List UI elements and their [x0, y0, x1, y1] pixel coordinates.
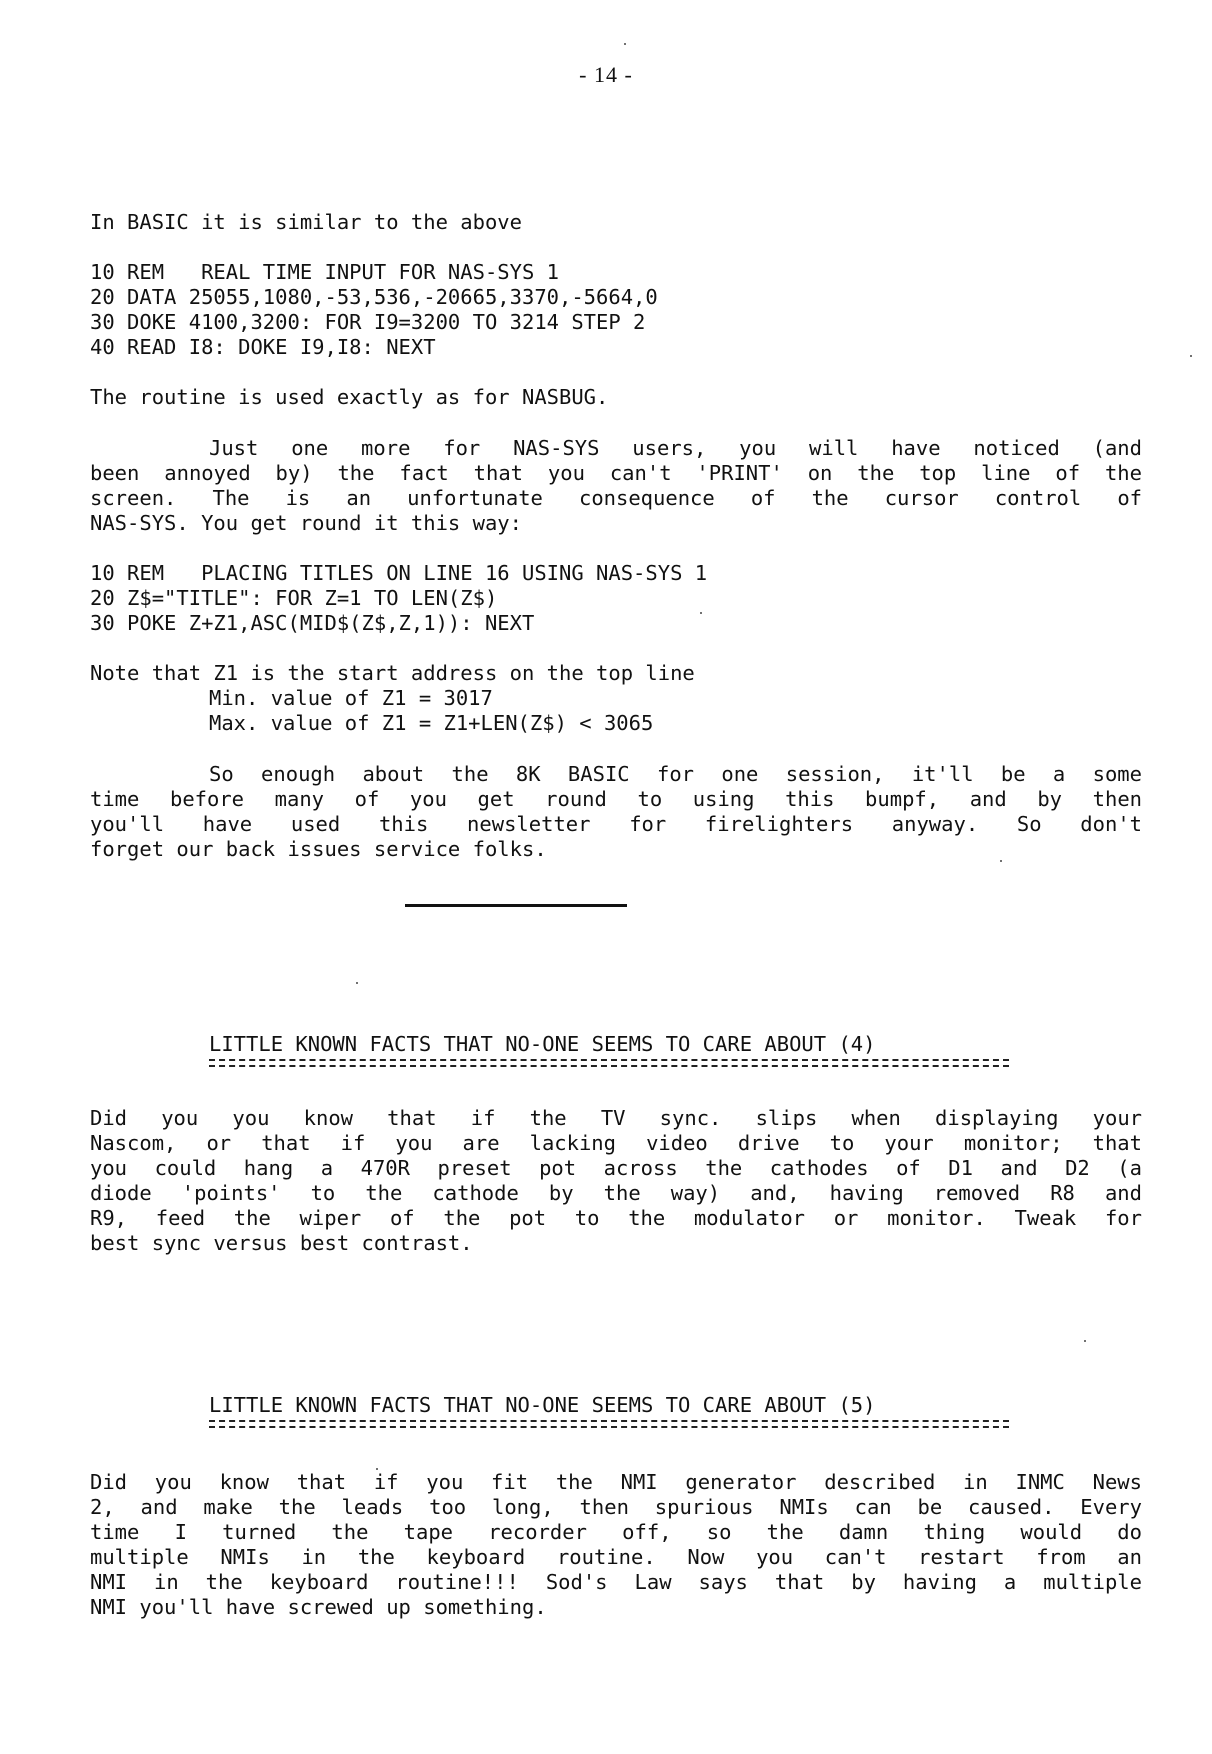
- code-line: 20 Z$="TITLE": FOR Z=1 TO LEN(Z$): [90, 586, 497, 611]
- code-line: 10 REM REAL TIME INPUT FOR NAS-SYS 1: [90, 260, 559, 285]
- body-text: The routine is used exactly as for NASBU…: [90, 385, 608, 410]
- section-heading: LITTLE KNOWN FACTS THAT NO-ONE SEEMS TO …: [209, 1032, 875, 1057]
- paragraph-line: 2, and make the leads too long, then spu…: [90, 1495, 1142, 1520]
- section-heading: LITTLE KNOWN FACTS THAT NO-ONE SEEMS TO …: [209, 1393, 875, 1418]
- paragraph-line: time I turned the tape recorder off, so …: [90, 1520, 1142, 1545]
- code-line: 20 DATA 25055,1080,-53,536,-20665,3370,-…: [90, 285, 658, 310]
- page-number: - 14 -: [0, 62, 1212, 88]
- paragraph-line: Did you you know that if the TV sync. sl…: [90, 1106, 1142, 1131]
- note-line: Note that Z1 is the start address on the…: [90, 661, 695, 686]
- paragraph-line: best sync versus best contrast.: [90, 1231, 473, 1256]
- scan-speck: [624, 43, 626, 45]
- paragraph-line: Did you know that if you fit the NMI gen…: [90, 1470, 1142, 1495]
- code-line: 30 POKE Z+Z1,ASC(MID$(Z$,Z,1)): NEXT: [90, 611, 534, 636]
- paragraph-line: screen. The is an unfortunate consequenc…: [90, 486, 1142, 511]
- paragraph-line: NMI you'll have screwed up something.: [90, 1595, 547, 1620]
- paragraph-line: diode 'points' to the cathode by the way…: [90, 1181, 1142, 1206]
- paragraph-line: multiple NMIs in the keyboard routine. N…: [90, 1545, 1142, 1570]
- paragraph-line: forget our back issues service folks.: [90, 837, 547, 862]
- paragraph-line: R9, feed the wiper of the pot to the mod…: [90, 1206, 1142, 1231]
- paragraph-line: time before many of you get round to usi…: [90, 787, 1142, 812]
- scan-speck: [1000, 860, 1002, 862]
- section-separator-rule: [405, 904, 627, 907]
- heading-double-underline: [209, 1420, 1009, 1428]
- scan-speck: [356, 982, 358, 984]
- newsletter-page: - 14 - In BASIC it is similar to the abo…: [0, 0, 1212, 1754]
- heading-double-underline: [209, 1059, 1009, 1067]
- paragraph-line: Just one more for NAS-SYS users, you wil…: [209, 436, 1142, 461]
- paragraph-line: you could hang a 470R preset pot across …: [90, 1156, 1142, 1181]
- paragraph-line: NAS-SYS. You get round it this way:: [90, 511, 522, 536]
- scan-speck: [376, 1468, 378, 1470]
- paragraph-line: you'll have used this newsletter for fir…: [90, 812, 1142, 837]
- note-line: Max. value of Z1 = Z1+LEN(Z$) < 3065: [209, 711, 653, 736]
- paragraph-line: Nascom, or that if you are lacking video…: [90, 1131, 1142, 1156]
- code-line: 30 DOKE 4100,3200: FOR I9=3200 TO 3214 S…: [90, 310, 645, 335]
- note-line: Min. value of Z1 = 3017: [209, 686, 493, 711]
- paragraph-line: been annoyed by) the fact that you can't…: [90, 461, 1142, 486]
- code-line: 40 READ I8: DOKE I9,I8: NEXT: [90, 335, 436, 360]
- scan-speck: [700, 612, 702, 614]
- scan-speck: [1190, 355, 1192, 357]
- code-line: 10 REM PLACING TITLES ON LINE 16 USING N…: [90, 561, 707, 586]
- paragraph-line: So enough about the 8K BASIC for one ses…: [209, 762, 1142, 787]
- scan-speck: [1084, 1340, 1086, 1342]
- intro-text: In BASIC it is similar to the above: [90, 210, 522, 235]
- paragraph-line: NMI in the keyboard routine!!! Sod's Law…: [90, 1570, 1142, 1595]
